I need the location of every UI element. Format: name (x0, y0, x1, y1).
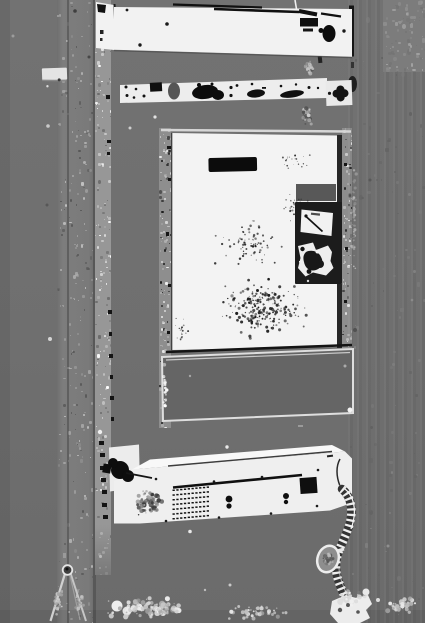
grille-hole (192, 502, 194, 504)
speckle-dot (181, 333, 183, 335)
speckle-dot (354, 267, 356, 269)
speckle-dot (164, 388, 165, 389)
speckle-dot (102, 436, 105, 438)
speckle-dot (170, 172, 171, 175)
speckle-dot (107, 216, 109, 218)
speckle-dot (245, 253, 246, 254)
end-cap-tick (100, 30, 104, 34)
speckle-dot (104, 10, 107, 13)
speckle-dot (344, 261, 345, 263)
grille-hole (192, 488, 194, 490)
speckle-dot (87, 11, 89, 13)
speckle-dot (294, 308, 297, 311)
speckle-dot (263, 303, 265, 305)
speckle-dot (420, 124, 423, 128)
speckle-dot (169, 416, 171, 420)
speckle-dot (349, 594, 352, 597)
speckle-dot (261, 247, 263, 249)
a-frame-leg (69, 567, 87, 621)
speckle-dot (137, 494, 141, 498)
speckle-dot (168, 150, 171, 152)
speckle-dot (150, 493, 153, 496)
speckle-dot (76, 46, 77, 48)
speckle-dot (185, 333, 186, 334)
speckle-dot (245, 611, 248, 614)
speckle-dot (254, 251, 256, 253)
speckle-dot (67, 113, 69, 115)
speckle-dot (98, 83, 101, 87)
speckle-dot (241, 238, 243, 240)
speckle-dot (58, 75, 59, 77)
speckle-dot (164, 404, 167, 407)
speckle-dot (412, 581, 413, 582)
speckle-dot (396, 5, 399, 9)
speckle-dot (109, 363, 111, 364)
speckle-dot (108, 539, 109, 540)
speckle-dot (95, 130, 97, 132)
rail-fade (95, 525, 111, 575)
speckle-dot (331, 560, 332, 561)
speckle-dot (295, 210, 296, 211)
speckle-dot (354, 214, 355, 215)
speckle-dot (251, 243, 252, 244)
speckle-dot (242, 255, 244, 257)
speckle-dot (264, 294, 267, 297)
speckle-dot (162, 363, 166, 367)
grille-hole (184, 498, 186, 500)
strip-knob-tip (197, 83, 201, 87)
speckle-dot (58, 123, 61, 125)
strip-knob (212, 90, 224, 100)
speckle-dot (349, 225, 351, 228)
speckle-dot (409, 492, 413, 494)
speckle-dot (156, 608, 158, 610)
speckle-dot (101, 48, 103, 51)
speckle-dot (165, 398, 168, 401)
speckle-dot (253, 220, 254, 221)
speckle-dot (79, 101, 82, 105)
speckle-dot (60, 75, 63, 78)
speckle-dot (357, 594, 359, 596)
speckle-dot (272, 296, 275, 299)
grille-hole (199, 506, 201, 508)
grille-hole (207, 510, 209, 512)
speckle-dot (353, 182, 355, 184)
speckle-dot (256, 322, 259, 325)
speckle-dot (75, 121, 76, 122)
speckle-dot (164, 240, 167, 242)
speckle-dot (256, 239, 257, 240)
speckle-dot (409, 112, 413, 116)
speckle-dot (164, 379, 166, 381)
speckle-dot (106, 267, 108, 269)
grille-hole (203, 501, 205, 503)
speckle-dot (73, 481, 74, 483)
speckle-dot (96, 426, 97, 427)
speckle-dot (166, 603, 169, 606)
speckle-dot (398, 606, 401, 609)
speckle-dot (181, 326, 183, 328)
speckle-dot (235, 306, 236, 307)
speckle-dot (147, 499, 150, 502)
speckle-dot (167, 343, 169, 346)
speckle-dot (296, 201, 297, 202)
speckle-dot (76, 597, 77, 598)
speckle-dot (250, 319, 252, 321)
speckle-dot (408, 193, 411, 196)
speckle-dot (242, 244, 244, 246)
speckle-dot (275, 311, 278, 314)
cabinet-left-rail (159, 128, 171, 428)
debris-blob (112, 601, 123, 612)
speckle-dot (354, 225, 356, 227)
speckle-dot (109, 271, 110, 273)
speckle-dot (352, 573, 354, 575)
speckle-dot (340, 593, 344, 597)
speckle-dot (327, 558, 331, 562)
speckle-dot (80, 602, 83, 605)
speckle-dot (263, 314, 265, 316)
speckle-dot (283, 313, 284, 314)
speckle-dot (353, 255, 354, 256)
tab-shade (42, 80, 66, 82)
control-knob-dark (316, 260, 324, 268)
speckle-dot (323, 558, 325, 560)
speckle-dot (77, 601, 79, 603)
speckle-dot (162, 292, 163, 294)
speckle-dot (108, 339, 110, 341)
speckle-dot (78, 443, 81, 447)
speckle-dot (238, 303, 239, 304)
speckle-dot (104, 133, 107, 135)
speckle-dot (353, 181, 354, 182)
speckle-dot (420, 2, 422, 4)
speaker-grille (173, 486, 210, 519)
speckle-dot (148, 611, 154, 617)
speckle-dot (255, 300, 257, 302)
speckle-dot (259, 302, 260, 303)
speckle-dot (107, 338, 109, 340)
speckle-dot (343, 235, 345, 238)
speckle-dot (303, 156, 304, 157)
speckle-dot (283, 295, 285, 297)
speckle-dot (291, 206, 293, 208)
speckle-dot (160, 499, 164, 503)
speckle-dot (409, 22, 411, 24)
speckle-dot (150, 605, 152, 607)
speckle-dot (353, 233, 355, 235)
speckle-dot (151, 505, 155, 509)
speckle-dot (394, 606, 396, 608)
speckle-dot (58, 593, 62, 597)
speckle-dot (181, 333, 182, 334)
speckle-dot (98, 44, 101, 47)
speckle-dot (96, 345, 99, 348)
speckle-dot (422, 58, 423, 59)
speckle-dot (347, 265, 350, 268)
speckle-dot (349, 240, 351, 243)
speckle-dot (101, 53, 104, 55)
speckle-dot (215, 235, 217, 237)
speckle-dot (170, 148, 171, 149)
speckle-dot (294, 155, 296, 157)
speckle-dot (118, 606, 122, 610)
speckle-dot (399, 603, 401, 605)
speckle-dot (363, 123, 366, 125)
grille-hole (192, 497, 194, 499)
speckle-dot (353, 231, 355, 233)
speckle-dot (101, 286, 102, 287)
speckle-dot (235, 305, 236, 306)
speckle-dot (328, 563, 331, 566)
speckle-dot (169, 418, 171, 420)
speckle-dot (305, 113, 308, 116)
speckle-dot (397, 213, 399, 214)
speckle-dot (84, 142, 86, 144)
speckle-dot (414, 453, 415, 454)
speckle-dot (139, 614, 142, 617)
speckle-dot (79, 599, 81, 601)
speckle-dot (164, 404, 165, 405)
speckle-dot (414, 475, 417, 478)
speckle-dot (71, 183, 72, 185)
speckle-dot (144, 492, 146, 494)
speckle-dot (296, 304, 298, 306)
speckle-dot (145, 603, 148, 606)
speckle-dot (68, 431, 71, 434)
speckle-dot (143, 504, 145, 506)
speckle-dot (398, 2, 401, 5)
shadow-tick (351, 62, 354, 68)
speckle-dot (242, 290, 245, 293)
speckle-dot (70, 199, 72, 202)
speckle-dot (127, 604, 130, 607)
speckle-dot (348, 407, 351, 411)
speckle-dot (160, 237, 162, 239)
speckle-dot (107, 313, 108, 314)
speckle-dot (310, 67, 311, 68)
speckle-dot (367, 191, 371, 194)
speckle-dot (162, 345, 163, 347)
wooden-post (57, 0, 94, 623)
speckle-dot (111, 611, 114, 614)
debris-blob (376, 598, 380, 602)
speckle-dot (98, 335, 101, 339)
speckle-dot (109, 78, 111, 80)
speckle-dot (75, 247, 77, 249)
speckle-dot (142, 502, 145, 505)
speckle-dot (102, 489, 103, 490)
speckle-dot (70, 335, 72, 337)
speckle-dot (76, 442, 78, 445)
speckle-dot (89, 421, 92, 424)
speckle-dot (257, 317, 258, 318)
speckle-dot (108, 600, 110, 602)
speckle-dot (238, 307, 241, 310)
speckle-dot (76, 245, 78, 247)
speckle-dot (250, 245, 252, 247)
speckle-dot (409, 48, 412, 52)
speckle-dot (389, 461, 393, 464)
speckle-dot (264, 304, 265, 305)
speckle-dot (169, 138, 171, 141)
speckle-dot (368, 567, 369, 569)
speckle-dot (77, 235, 78, 236)
speckle-dot (150, 609, 151, 610)
speckle-dot (230, 305, 232, 307)
grille-hole (176, 494, 178, 496)
wall-streak-texture (348, 0, 425, 623)
speckle-dot (260, 311, 263, 314)
speckle-dot (365, 543, 368, 547)
screw (165, 22, 169, 26)
speckle-dot (95, 488, 97, 490)
speckle-dot (395, 146, 397, 148)
speckle-dot (100, 29, 102, 31)
speckle-dot (165, 394, 167, 396)
speckle-dot (387, 140, 391, 143)
speckle-dot (86, 133, 88, 135)
speckle-dot (281, 246, 283, 248)
speckle-dot (370, 510, 372, 512)
speckle-dot (252, 309, 255, 312)
speckle-dot (386, 46, 387, 47)
speckle-dot (56, 599, 58, 601)
speckle-dot (330, 554, 333, 557)
speckle-dot (399, 316, 402, 320)
speckle-dot (352, 85, 356, 89)
speckle-dot (63, 462, 66, 464)
speckle-dot (236, 319, 239, 322)
speckle-dot (105, 259, 107, 261)
speckle-dot (248, 231, 250, 233)
speckle-dot (353, 239, 354, 240)
speckle-dot (350, 234, 353, 238)
speckle-dot (98, 127, 100, 129)
speckle-dot (149, 615, 152, 618)
speckle-dot (75, 283, 77, 284)
speckle-dot (306, 67, 310, 71)
speckle-dot (165, 403, 166, 404)
speckle-dot (91, 488, 93, 491)
speckle-dot (110, 360, 111, 362)
speckle-dot (105, 475, 106, 477)
speckle-dot (275, 324, 277, 326)
speckle-dot (86, 513, 88, 515)
speckle-dot (64, 209, 65, 210)
knob-notch (307, 269, 312, 274)
speckle-dot (89, 568, 90, 569)
speckle-dot (253, 239, 254, 240)
speckle-dot (267, 288, 268, 289)
speckle-dot (408, 604, 410, 606)
speckle-dot (57, 608, 58, 609)
speckle-dot (402, 597, 406, 601)
speckle-dot (328, 557, 331, 560)
speckle-dot (108, 356, 109, 357)
speckle-dot (306, 62, 310, 66)
speckle-dot (161, 130, 164, 132)
speckle-dot (324, 562, 326, 564)
speckle-dot (253, 234, 255, 236)
speckle-dot (344, 248, 346, 250)
speckle-dot (353, 207, 355, 209)
speckle-dot (146, 498, 148, 500)
speckle-dot (268, 299, 270, 301)
speckle-dot (75, 108, 76, 109)
speckle-dot (149, 508, 152, 511)
strip-face (120, 78, 327, 103)
speckle-dot (79, 440, 80, 441)
speckle-dot (308, 111, 310, 113)
speckle-dot (140, 499, 144, 503)
speckle-dot (304, 106, 308, 110)
speckle-dot (160, 172, 162, 174)
speckle-dot (347, 592, 350, 595)
knob-highlight (316, 250, 320, 254)
speckle-dot (390, 26, 394, 31)
speckle-dot (401, 20, 403, 22)
speckle-dot (265, 606, 268, 609)
speckle-dot (179, 328, 180, 329)
speckle-dot (397, 608, 401, 612)
speckle-dot (78, 615, 81, 617)
speckle-dot (285, 315, 286, 316)
speckle-dot (87, 268, 89, 271)
left-vignette (0, 0, 10, 623)
debris-blob (160, 610, 166, 616)
speckle-dot (102, 212, 105, 214)
speckle-dot (258, 242, 260, 244)
speckle-dot (386, 68, 389, 70)
speckle-dot (396, 74, 398, 76)
floor-debris (107, 584, 416, 623)
speckle-dot (351, 264, 352, 266)
speckle-dot (266, 330, 269, 333)
speckle-dot (174, 607, 180, 613)
speckle-dot (302, 111, 305, 114)
speckle-dot (235, 312, 238, 315)
rack-outer-rail (95, 0, 111, 575)
speckle-dot (259, 310, 261, 312)
speckle-dot (86, 549, 88, 552)
speckle-dot (85, 394, 88, 397)
speckle-dot (231, 611, 235, 615)
speckle-dot (59, 434, 61, 435)
speckle-dot (351, 207, 352, 209)
rail-hole-ticks (166, 146, 348, 334)
speckle-dot (167, 148, 168, 150)
speckle-dot (406, 18, 410, 22)
speckle-dot (256, 299, 259, 302)
speckle-dot (109, 229, 110, 230)
speckle-dot (348, 345, 349, 346)
speckle-dot (86, 267, 89, 271)
speckle-dot (355, 172, 358, 175)
speckle-dot (266, 311, 269, 314)
speckle-dot (347, 285, 348, 286)
speckle-dot (353, 216, 356, 219)
speckle-dot (386, 64, 388, 66)
speckle-dot (163, 231, 165, 233)
speckle-dot (345, 218, 347, 220)
meter-panel (295, 202, 342, 284)
speckle-dot (252, 220, 253, 221)
speckle-dot (151, 501, 154, 504)
speckle-dot (251, 614, 254, 617)
speckle-dot (160, 407, 162, 409)
speckle-dot (323, 554, 327, 558)
